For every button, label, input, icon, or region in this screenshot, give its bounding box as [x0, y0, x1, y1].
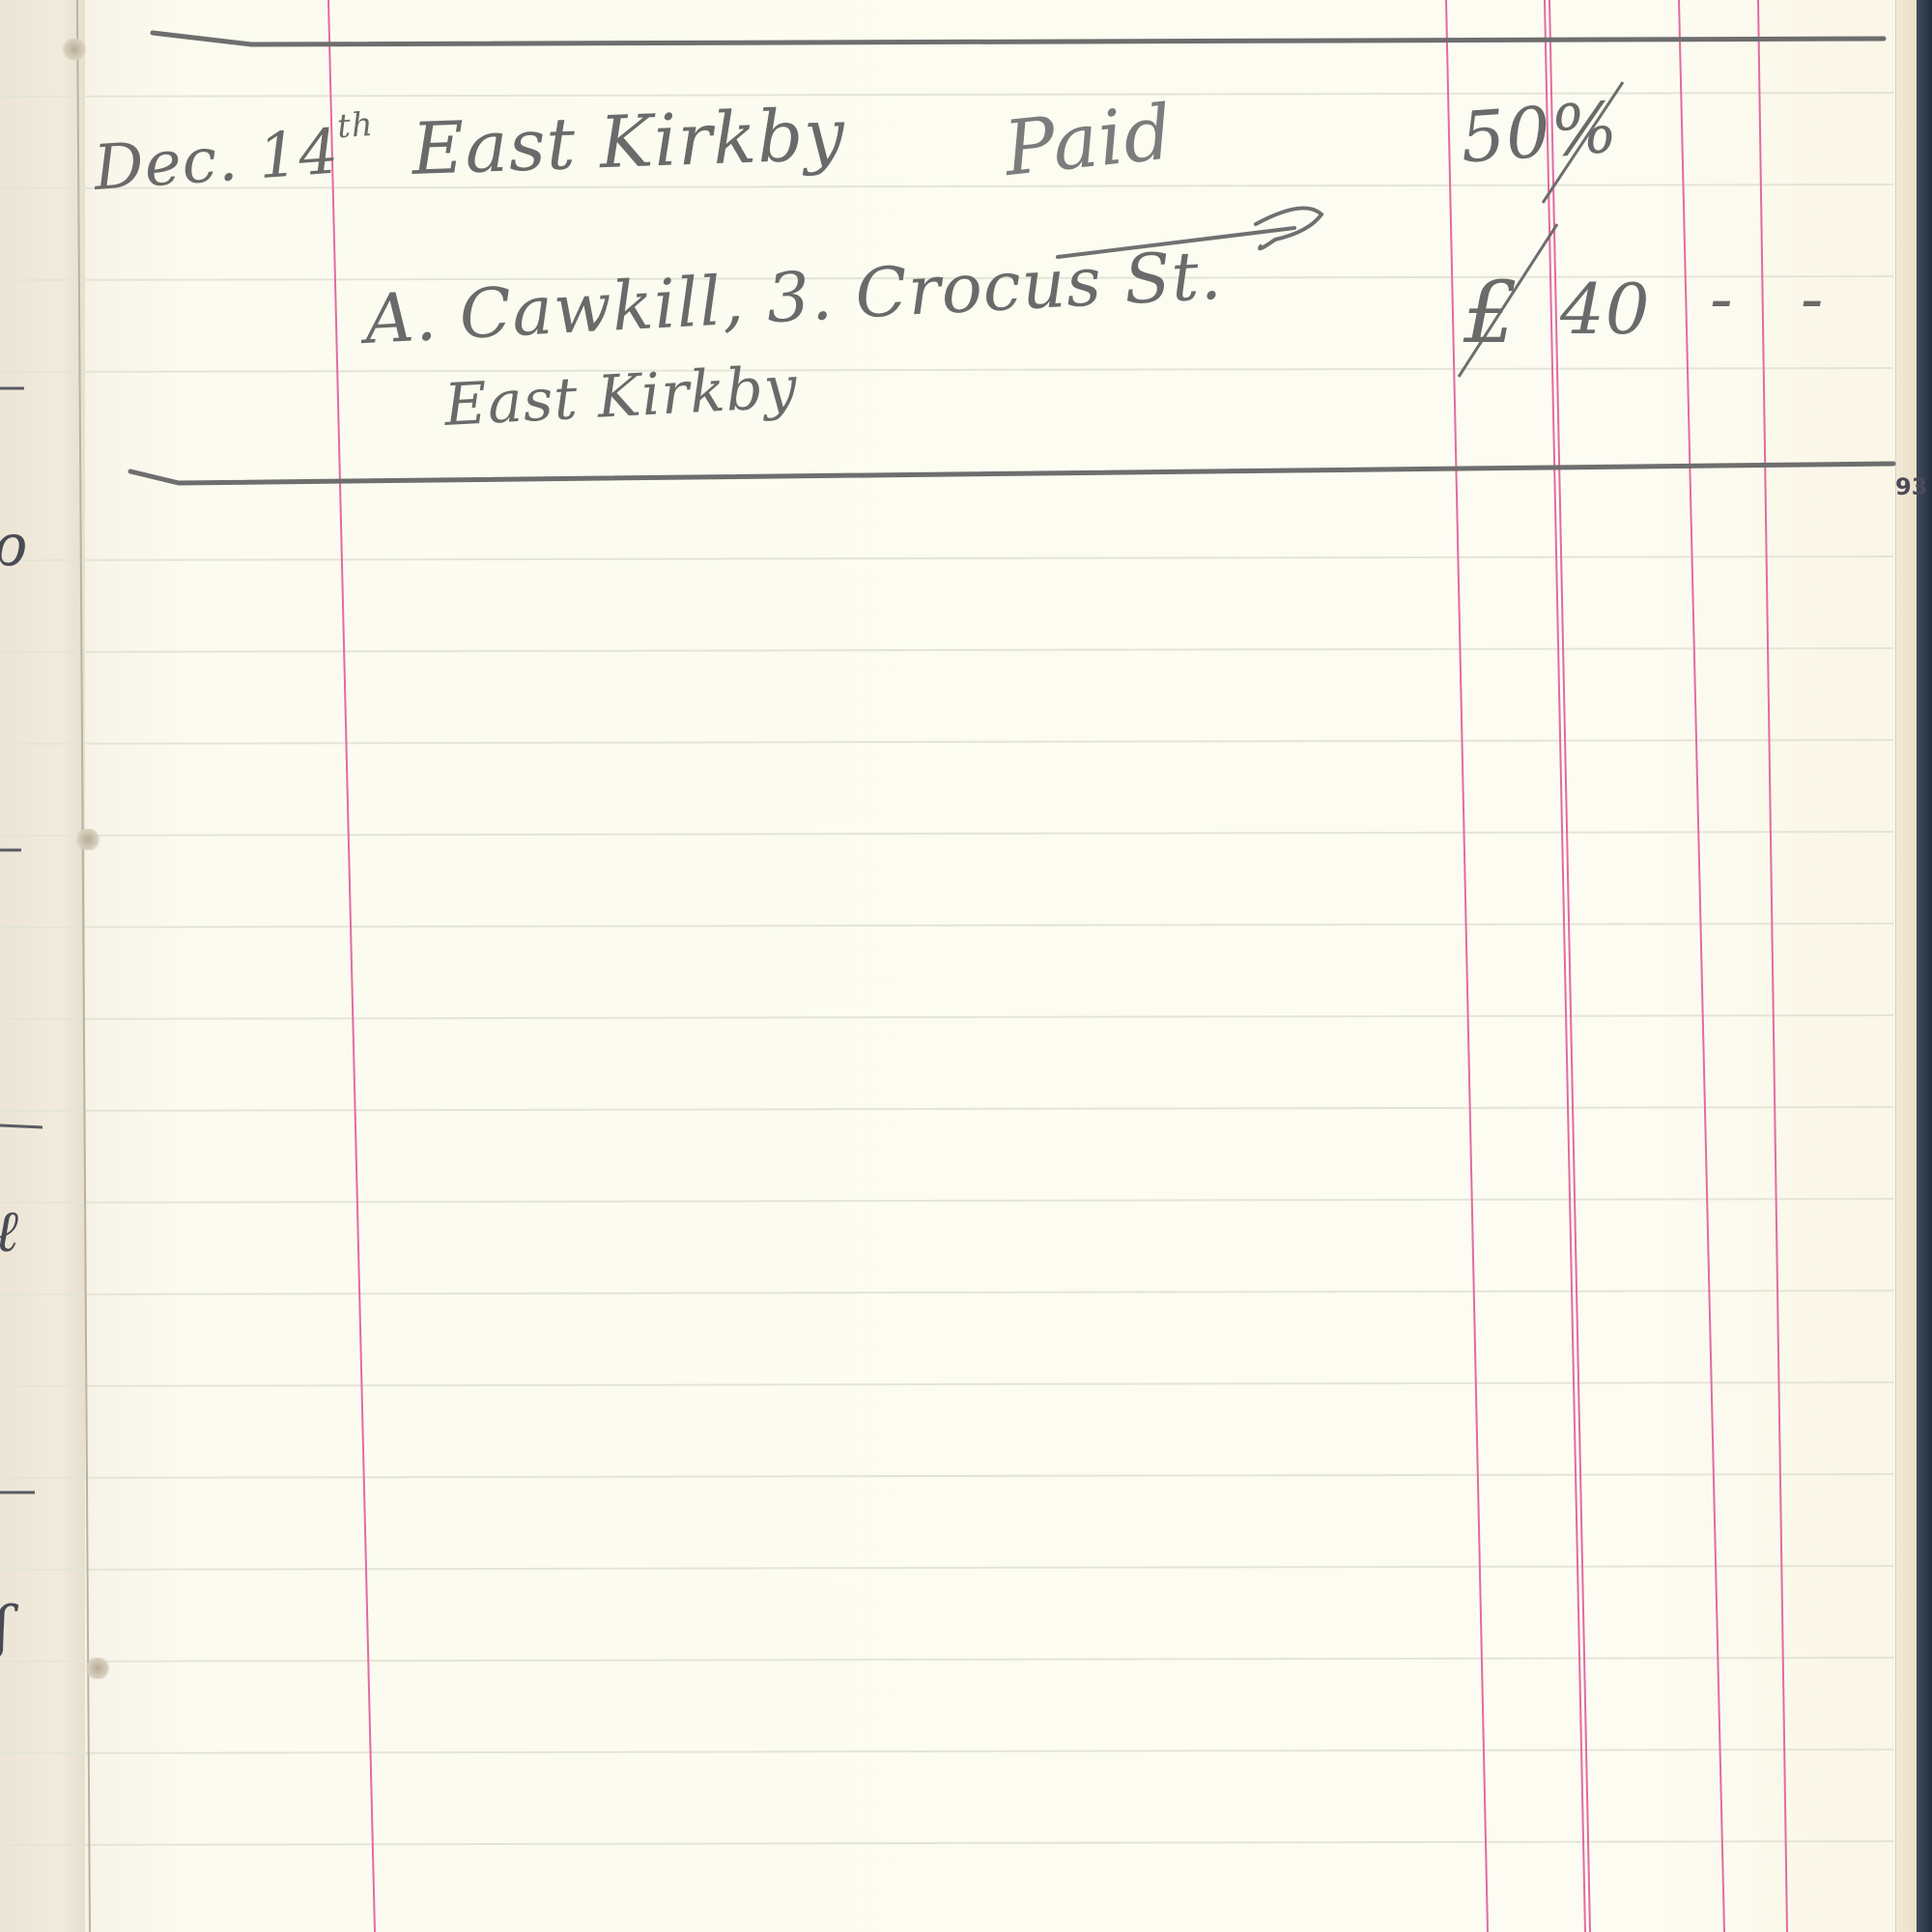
faint-horizontal-rules	[0, 93, 1893, 1845]
date-month: Dec.	[92, 124, 241, 205]
entry-status-paid: Paid	[1001, 89, 1178, 193]
binding-stitch	[62, 39, 87, 60]
entry-rate: 50%	[1458, 86, 1620, 178]
date-suffix: th	[336, 105, 375, 147]
entry-place: East Kirkby	[411, 93, 846, 191]
facing-page-rules	[0, 0, 116, 1932]
amount-pounds: 40	[1560, 269, 1651, 350]
currency-symbol: £	[1463, 263, 1519, 362]
ledger-page: ρ ℓ ʃ Dec. 14th East Kirkby Paid 50% A. …	[0, 0, 1932, 1932]
binding-stitch	[75, 829, 100, 850]
date-day: 14	[256, 116, 341, 193]
page-number: 93	[1895, 473, 1917, 500]
amount-shillings-pence: - -	[1710, 259, 1847, 338]
binding-stitch	[85, 1658, 110, 1679]
